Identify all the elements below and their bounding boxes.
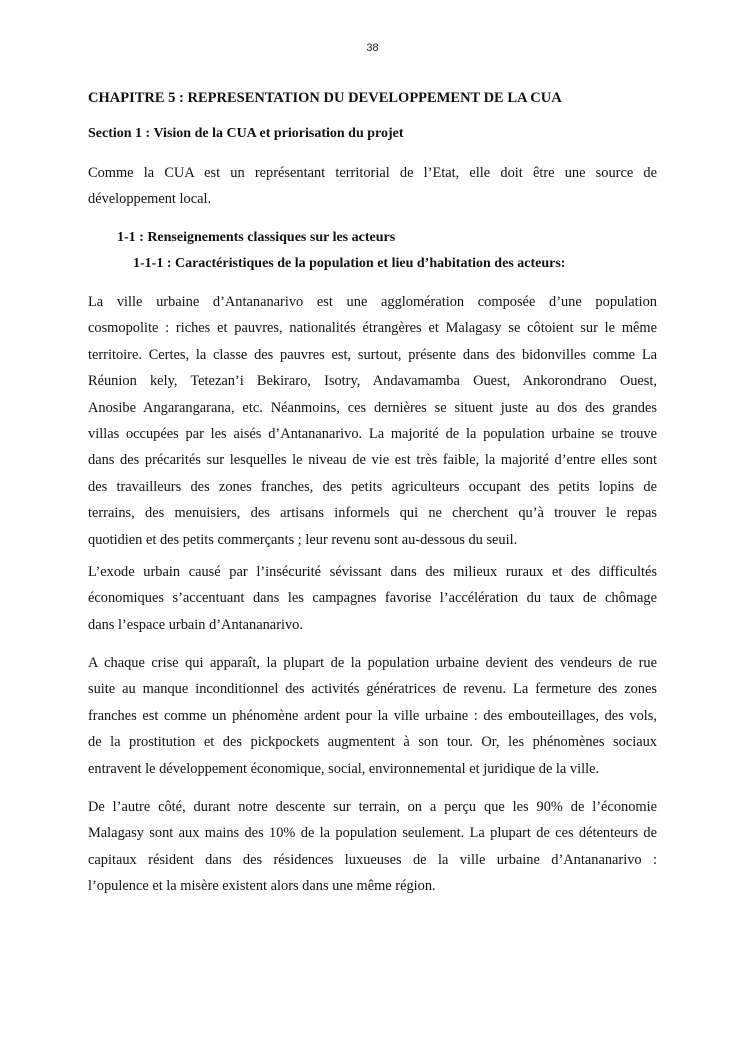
subsubsection-heading: 1-1-1 : Caractéristiques de la populatio… bbox=[133, 256, 565, 272]
paragraph-crise: A chaque crise qui apparaît, la plupart … bbox=[88, 650, 657, 782]
text-line: développement local. bbox=[88, 186, 657, 212]
text-line: dans des précarités sur lesquelles le ni… bbox=[88, 447, 657, 473]
text-line: Réunion kely, Tetezan’i Bekiraro, Isotry… bbox=[88, 368, 657, 394]
text-line: dans l’espace urbain d’Antananarivo. bbox=[88, 612, 657, 638]
section-title: Section 1 : Vision de la CUA et priorisa… bbox=[88, 126, 657, 142]
paragraph-exode: L’exode urbain causé par l’insécurité sé… bbox=[88, 559, 657, 638]
text-line: Malagasy sont aux mains des 10% de la po… bbox=[88, 820, 657, 846]
text-line: Comme la CUA est un représentant territo… bbox=[88, 160, 657, 186]
text-line: l’opulence et la misère existent alors d… bbox=[88, 873, 657, 899]
text-line: De l’autre côté, durant notre descente s… bbox=[88, 794, 657, 820]
subsection-heading: 1-1 : Renseignements classiques sur les … bbox=[117, 230, 395, 246]
text-line: suite au manque inconditionnel des activ… bbox=[88, 676, 657, 702]
text-line: La ville urbaine d’Antananarivo est une … bbox=[88, 289, 657, 315]
text-line: des travailleurs des zones franches, des… bbox=[88, 474, 657, 500]
page-number: 38 bbox=[0, 42, 745, 54]
text-line: quotidien et des petits commerçants ; le… bbox=[88, 527, 657, 553]
paragraph-economie: De l’autre côté, durant notre descente s… bbox=[88, 794, 657, 900]
text-line: Anosibe Angarangarana, etc. Néanmoins, c… bbox=[88, 395, 657, 421]
text-line: territoire. Certes, la classe des pauvre… bbox=[88, 342, 657, 368]
text-line: cosmopolite : riches et pauvres, nationa… bbox=[88, 315, 657, 341]
text-line: de la prostitution et des pickpockets au… bbox=[88, 729, 657, 755]
text-line: franches est comme un phénomène ardent p… bbox=[88, 703, 657, 729]
text-line: économiques s’accentuant dans les campag… bbox=[88, 585, 657, 611]
text-line: capitaux résident dans des résidences lu… bbox=[88, 847, 657, 873]
paragraph-population: La ville urbaine d’Antananarivo est une … bbox=[88, 289, 657, 553]
text-line: villas occupées par les aisés d’Antanana… bbox=[88, 421, 657, 447]
text-line: A chaque crise qui apparaît, la plupart … bbox=[88, 650, 657, 676]
paragraph-intro: Comme la CUA est un représentant territo… bbox=[88, 160, 657, 213]
text-line: terrains, des menuisiers, des artisans i… bbox=[88, 500, 657, 526]
chapter-title: CHAPITRE 5 : REPRESENTATION DU DEVELOPPE… bbox=[88, 90, 657, 107]
text-line: L’exode urbain causé par l’insécurité sé… bbox=[88, 559, 657, 585]
text-line: entravent le développement économique, s… bbox=[88, 756, 657, 782]
